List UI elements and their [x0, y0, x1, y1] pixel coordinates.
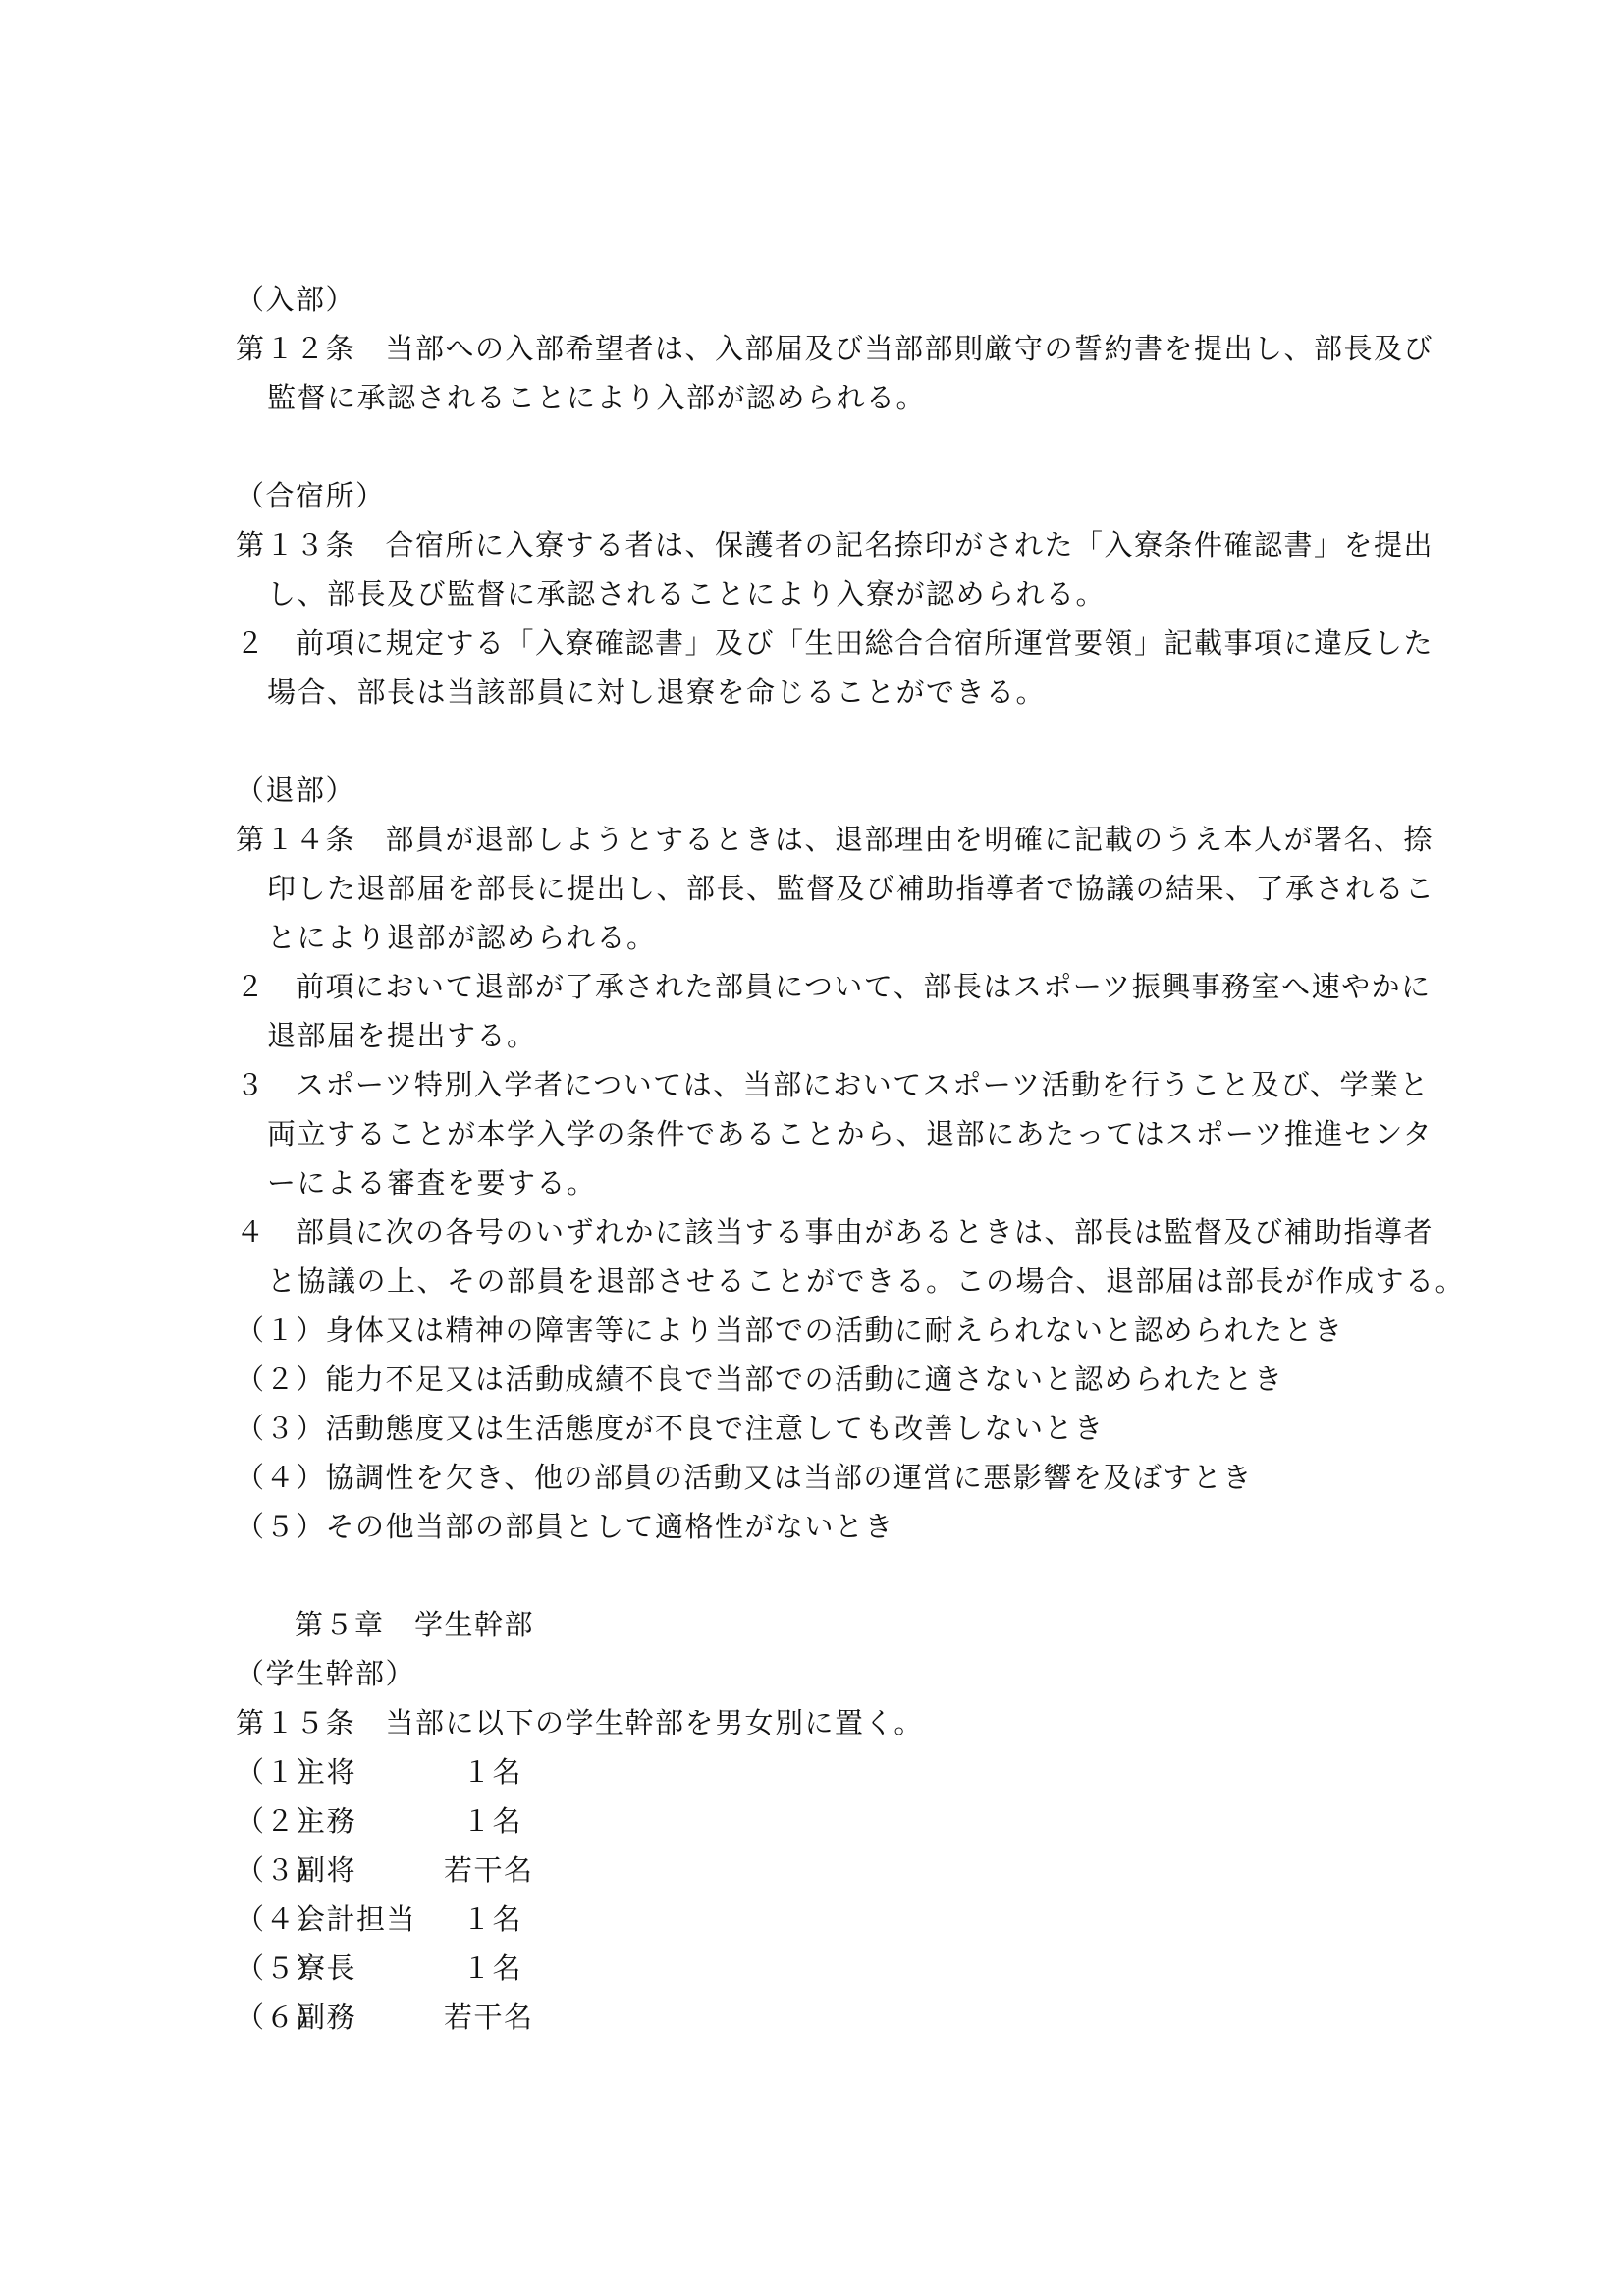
article-14-line-2: 印した退部届を部長に提出し、部長、監督及び補助指導者で協議の結果、了承されるこ — [236, 864, 1404, 913]
officer-num: （５） — [236, 1944, 297, 1993]
list-item: （３）活動態度又は生活態度が不良で注意しても改善しないとき — [236, 1404, 1404, 1453]
officer-count: １名 — [444, 1796, 522, 1845]
article-13-para-2-line-2: 場合、部長は当該部員に対し退寮を命じることができる。 — [236, 667, 1404, 717]
officer-row: （３）副将若干名 — [236, 1845, 1404, 1895]
officer-role: 主務 — [297, 1796, 444, 1845]
officer-role: 副務 — [297, 1993, 444, 2042]
officer-role: 会計担当 — [297, 1895, 444, 1944]
article-14-para-3-line-2: 両立することが本学入学の条件であることから、退部にあたってはスポーツ推進センタ — [236, 1109, 1404, 1158]
article-14-para-2-line-1: ２ 前項において退部が了承された部員について、部長はスポーツ振興事務室へ速やかに — [236, 962, 1404, 1011]
list-item: （４）協調性を欠き、他の部員の活動又は当部の運営に悪影響を及ぼすとき — [236, 1453, 1404, 1502]
officer-num: （２） — [236, 1796, 297, 1845]
spacer — [236, 1551, 1404, 1600]
article-12-line-2: 監督に承認されることにより入部が認められる。 — [236, 373, 1404, 422]
officer-num: （１） — [236, 1747, 297, 1796]
article-14-para-3-line-3: ーによる審査を要する。 — [236, 1158, 1404, 1207]
list-item: （５）その他当部の部員として適格性がないとき — [236, 1502, 1404, 1551]
officer-role: 副将 — [297, 1845, 444, 1895]
article-14-para-4-line-1: ４ 部員に次の各号のいずれかに該当する事由があるときは、部長は監督及び補助指導者 — [236, 1207, 1404, 1256]
officer-count: 若干名 — [444, 1993, 522, 2042]
officer-row: （６）副務若干名 — [236, 1993, 1404, 2042]
article-13-line-2: し、部長及び監督に承認されることにより入寮が認められる。 — [236, 569, 1404, 618]
document-page: （入部） 第１２条 当部への入部希望者は、入部届及び当部部則厳守の誓約書を提出し… — [236, 275, 1404, 2042]
officer-row: （４）会計担当１名 — [236, 1895, 1404, 1944]
officer-num: （６） — [236, 1993, 297, 2042]
officer-count: １名 — [444, 1895, 522, 1944]
article-14-line-3: とにより退部が認められる。 — [236, 913, 1404, 962]
officer-count: １名 — [444, 1747, 522, 1796]
article-13-para-2-line-1: ２ 前項に規定する「入寮確認書」及び「生田総合合宿所運営要領」記載事項に違反した — [236, 618, 1404, 667]
list-item: （１）身体又は精神の障害等により当部での活動に耐えられないと認められたとき — [236, 1306, 1404, 1355]
officer-count: 若干名 — [444, 1845, 522, 1895]
officer-role: 主将 — [297, 1747, 444, 1796]
article-15-line-1: 第１５条 当部に以下の学生幹部を男女別に置く。 — [236, 1698, 1404, 1747]
officer-role: 寮長 — [297, 1944, 444, 1993]
section-heading-gakusei-kanbu: （学生幹部） — [236, 1649, 1404, 1698]
section-heading-taibu: （退部） — [236, 766, 1404, 815]
article-14-para-4-line-2: と協議の上、その部員を退部させることができる。この場合、退部届は部長が作成する。 — [236, 1256, 1404, 1306]
officer-row: （２）主務１名 — [236, 1796, 1404, 1845]
officer-num: （３） — [236, 1845, 297, 1895]
chapter-title: 第５章 学生幹部 — [236, 1600, 1404, 1649]
spacer — [236, 422, 1404, 471]
article-14-para-2-line-2: 退部届を提出する。 — [236, 1011, 1404, 1060]
article-13-line-1: 第１３条 合宿所に入寮する者は、保護者の記名捺印がされた「入寮条件確認書」を提出 — [236, 520, 1404, 569]
officer-row: （１）主将１名 — [236, 1747, 1404, 1796]
officer-row: （５）寮長１名 — [236, 1944, 1404, 1993]
list-item: （２）能力不足又は活動成績不良で当部での活動に適さないと認められたとき — [236, 1355, 1404, 1404]
section-heading-nyubu: （入部） — [236, 275, 1404, 324]
article-14-para-3-line-1: ３ スポーツ特別入学者については、当部においてスポーツ活動を行うこと及び、学業と — [236, 1060, 1404, 1109]
officer-num: （４） — [236, 1895, 297, 1944]
section-heading-gasshukujo: （合宿所） — [236, 471, 1404, 520]
spacer — [236, 717, 1404, 766]
article-14-line-1: 第１４条 部員が退部しようとするときは、退部理由を明確に記載のうえ本人が署名、捺 — [236, 815, 1404, 864]
article-12-line-1: 第１２条 当部への入部希望者は、入部届及び当部部則厳守の誓約書を提出し、部長及び — [236, 324, 1404, 373]
officer-count: １名 — [444, 1944, 522, 1993]
